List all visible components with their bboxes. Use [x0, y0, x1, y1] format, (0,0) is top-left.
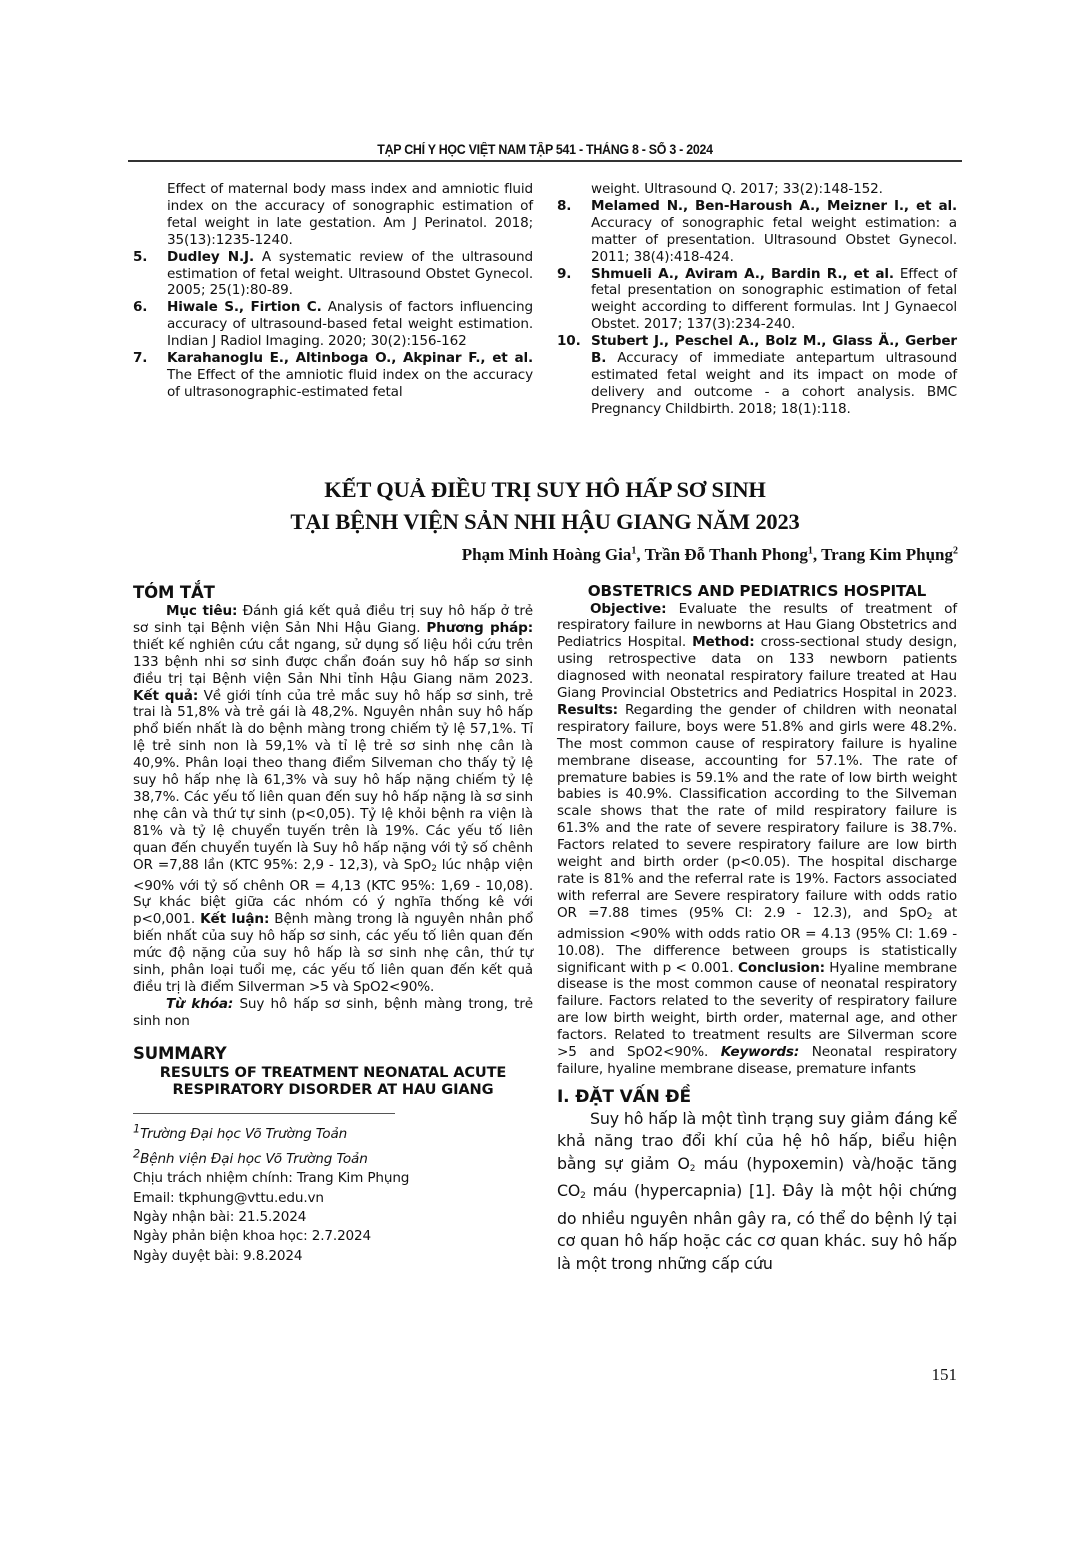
- footnotes: 1Trường Đại học Võ Trường Toản 2Bệnh việ…: [133, 1120, 533, 1266]
- accepted-date: Ngày duyệt bài: 9.8.2024: [133, 1247, 533, 1266]
- author-name: Trần Đỗ Thanh Phong: [645, 545, 808, 564]
- abstract-body: Mục tiêu: Đánh giá kết quả điều trị suy …: [133, 603, 533, 996]
- running-header: TẠP CHÍ Y HỌC VIỆT NAM TẬP 541 - THÁNG 8…: [163, 142, 927, 157]
- reference-text: Accuracy of sonographic fetal weight est…: [591, 215, 957, 265]
- reference-number: 9.: [557, 266, 571, 283]
- author-affiliation-mark: 1: [631, 545, 636, 556]
- affiliation-1: Trường Đại học Võ Trường Toản: [140, 1126, 347, 1142]
- reference-number: 6.: [133, 299, 147, 316]
- reference-number: 8.: [557, 198, 571, 215]
- reference-authors: Melamed N., Ben-Haroush A., Meizner I., …: [591, 198, 957, 214]
- corresponding-author: Chịu trách nhiệm chính: Trang Kim Phụng: [133, 1169, 533, 1188]
- reference-item: 6. Hiwale S., Firtion C. Analysis of fac…: [133, 299, 533, 350]
- reference-text: Accuracy of immediate antepartum ultraso…: [591, 350, 957, 417]
- introduction-body: Suy hô hấp là một tình trạng suy giảm đá…: [557, 1108, 957, 1276]
- references-right: weight. Ultrasound Q. 2017; 33(2):148-15…: [557, 181, 957, 418]
- reference-authors: Dudley N.J.: [167, 249, 254, 265]
- footnote-rule: [133, 1113, 395, 1114]
- objective-label: Mục tiêu:: [166, 603, 237, 619]
- results-text: Regarding the gender of children with ne…: [557, 702, 957, 921]
- results-label: Kết quả:: [133, 688, 198, 704]
- author-name: Trang Kim Phụng: [821, 545, 953, 564]
- page-number: 151: [932, 1365, 958, 1385]
- method-label: Phương pháp:: [426, 620, 533, 636]
- keywords: Từ khóa: Suy hô hấp sơ sinh, bệnh màng t…: [133, 996, 533, 1030]
- reference-item: 5. Dudley N.J. A systematic review of th…: [133, 249, 533, 300]
- author-affiliation-mark: 1: [808, 545, 813, 556]
- reference-item: 9. Shmueli A., Aviram A., Bardin R., et …: [557, 266, 957, 334]
- reference-item: 7. Karahanoglu E., Altinboga O., Akpinar…: [133, 350, 533, 401]
- title-line: KẾT QUẢ ĐIỀU TRỊ SUY HÔ HẤP SƠ SINH: [130, 474, 960, 506]
- results-label: Results:: [557, 702, 618, 718]
- summary-heading: SUMMARY: [133, 1044, 533, 1064]
- reference-authors: Karahanoglu E., Altinboga O., Akpinar F.…: [167, 350, 533, 366]
- summary-title-line: RESPIRATORY DISORDER AT HAU GIANG: [133, 1081, 533, 1099]
- conclusion-label: Kết luận:: [200, 911, 269, 927]
- keywords-label: Từ khóa:: [166, 996, 233, 1012]
- summary-title-line: OBSTETRICS AND PEDIATRICS HOSPITAL: [557, 583, 957, 601]
- reference-number: 5.: [133, 249, 147, 266]
- reference-number: 10.: [557, 333, 581, 350]
- author-name: Phạm Minh Hoàng Gia: [462, 545, 632, 564]
- objective-label: Objective:: [590, 601, 666, 617]
- reference-item: 8. Melamed N., Ben-Haroush A., Meizner I…: [557, 198, 957, 266]
- reference-authors: Hiwale S., Firtion C.: [167, 299, 322, 315]
- conclusion-label: Conclusion:: [738, 960, 825, 976]
- received-date: Ngày nhận bài: 21.5.2024: [133, 1208, 533, 1227]
- reference-text: Effect of maternal body mass index and a…: [167, 181, 533, 248]
- affiliation-2: Bệnh viện Đại học Võ Trường Toản: [140, 1151, 368, 1167]
- summary-english: OBSTETRICS AND PEDIATRICS HOSPITAL Objec…: [557, 583, 957, 1275]
- references-left: Effect of maternal body mass index and a…: [133, 181, 533, 401]
- summary-title-line: RESULTS OF TREATMENT NEONATAL ACUTE: [133, 1064, 533, 1082]
- reference-item: weight. Ultrasound Q. 2017; 33(2):148-15…: [557, 181, 957, 198]
- reviewed-date: Ngày phản biện khoa học: 2.7.2024: [133, 1227, 533, 1246]
- introduction-heading: I. ĐẶT VẤN ĐỀ: [557, 1086, 957, 1108]
- keywords-label: Keywords:: [721, 1044, 799, 1060]
- method-text: thiết kế nghiên cứu cắt ngang, sử dụng s…: [133, 637, 533, 687]
- results-text: Về giới tính của trẻ mắc suy hô hấp sơ s…: [133, 688, 533, 873]
- summary-body: Objective: Evaluate the results of treat…: [557, 601, 957, 1078]
- abstract-vietnamese: TÓM TẮT Mục tiêu: Đánh giá kết quả điều …: [133, 583, 533, 1266]
- reference-item: Effect of maternal body mass index and a…: [133, 181, 533, 249]
- reference-text: weight. Ultrasound Q. 2017; 33(2):148-15…: [591, 181, 883, 197]
- reference-authors: Shmueli A., Aviram A., Bardin R., et al.: [591, 266, 894, 282]
- intro-text: máu (hypercapnia) [1]. Đây là một hội ch…: [557, 1181, 957, 1273]
- summary-title: RESULTS OF TREATMENT NEONATAL ACUTE RESP…: [133, 1064, 533, 1099]
- abstract-heading: TÓM TẮT: [133, 583, 533, 603]
- header-rule: [128, 160, 962, 162]
- footnote-mark: 2: [133, 1146, 140, 1160]
- author-affiliation-mark: 2: [953, 545, 958, 556]
- reference-number: 7.: [133, 350, 147, 367]
- email: Email: tkphung@vttu.edu.vn: [133, 1189, 533, 1208]
- title-line: TẠI BỆNH VIỆN SẢN NHI HẬU GIANG NĂM 2023: [130, 506, 960, 538]
- method-label: Method:: [692, 634, 754, 650]
- reference-text: The Effect of the amniotic fluid index o…: [167, 367, 533, 400]
- author-list: Phạm Minh Hoàng Gia1, Trần Đỗ Thanh Phon…: [462, 545, 958, 565]
- reference-item: 10. Stubert J., Peschel A., Bolz M., Gla…: [557, 333, 957, 418]
- article-title: KẾT QUẢ ĐIỀU TRỊ SUY HÔ HẤP SƠ SINH TẠI …: [130, 474, 960, 538]
- footnote-mark: 1: [133, 1122, 140, 1136]
